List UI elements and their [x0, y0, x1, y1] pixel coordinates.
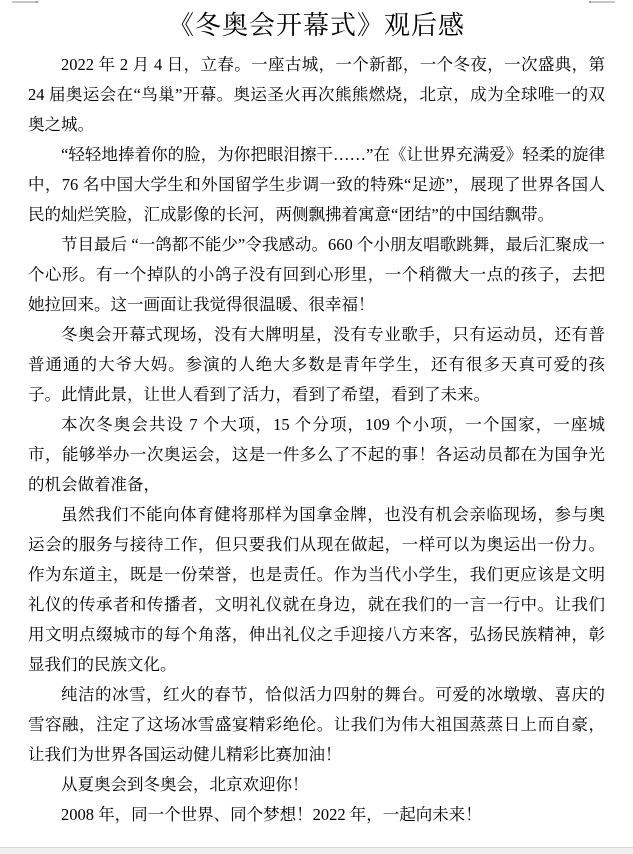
document-body: 2022 年 2 月 4 日，立春。一座古城，一个新都，一个冬夜，一次盛典，第 …: [0, 50, 633, 830]
paragraph: 虽然我们不能向体育健将那样为国拿金牌，也没有机会亲临现场，参与奥运会的服务与接待…: [28, 500, 605, 680]
top-left-ui-fragment: [12, 1, 38, 3]
status-bar-edge: [0, 847, 633, 854]
document-title: 《冬奥会开幕式》观后感: [0, 9, 633, 43]
paragraph: “轻轻地捧着你的脸，为你把眼泪擦干……”在《让世界充满爱》轻柔的旋律中，76 名…: [28, 140, 605, 230]
paragraph: 从夏奥会到冬奥会，北京欢迎你！: [28, 770, 605, 800]
top-right-ui-fragment: [589, 1, 615, 3]
paragraph: 冬奥会开幕式现场，没有大牌明星，没有专业歌手，只有运动员，还有普普通通的大爷大妈…: [28, 320, 605, 410]
paragraph: 本次冬奥会共设 7 个大项，15 个分项，109 个小项，一个国家，一座城市，能…: [28, 410, 605, 500]
document-page: 《冬奥会开幕式》观后感 2022 年 2 月 4 日，立春。一座古城，一个新都，…: [0, 0, 633, 854]
paragraph: 纯洁的冰雪，红火的春节，恰似活力四射的舞台。可爱的冰墩墩、喜庆的雪容融，注定了这…: [28, 680, 605, 770]
paragraph: 节目最后 “一鸽都不能少”令我感动。660 个小朋友唱歌跳舞，最后汇聚成一个心形…: [28, 230, 605, 320]
paragraph: 2022 年 2 月 4 日，立春。一座古城，一个新都，一个冬夜，一次盛典，第 …: [28, 50, 605, 140]
paragraph: 2008 年，同一个世界、同个梦想！2022 年，一起向未来！: [28, 800, 605, 830]
